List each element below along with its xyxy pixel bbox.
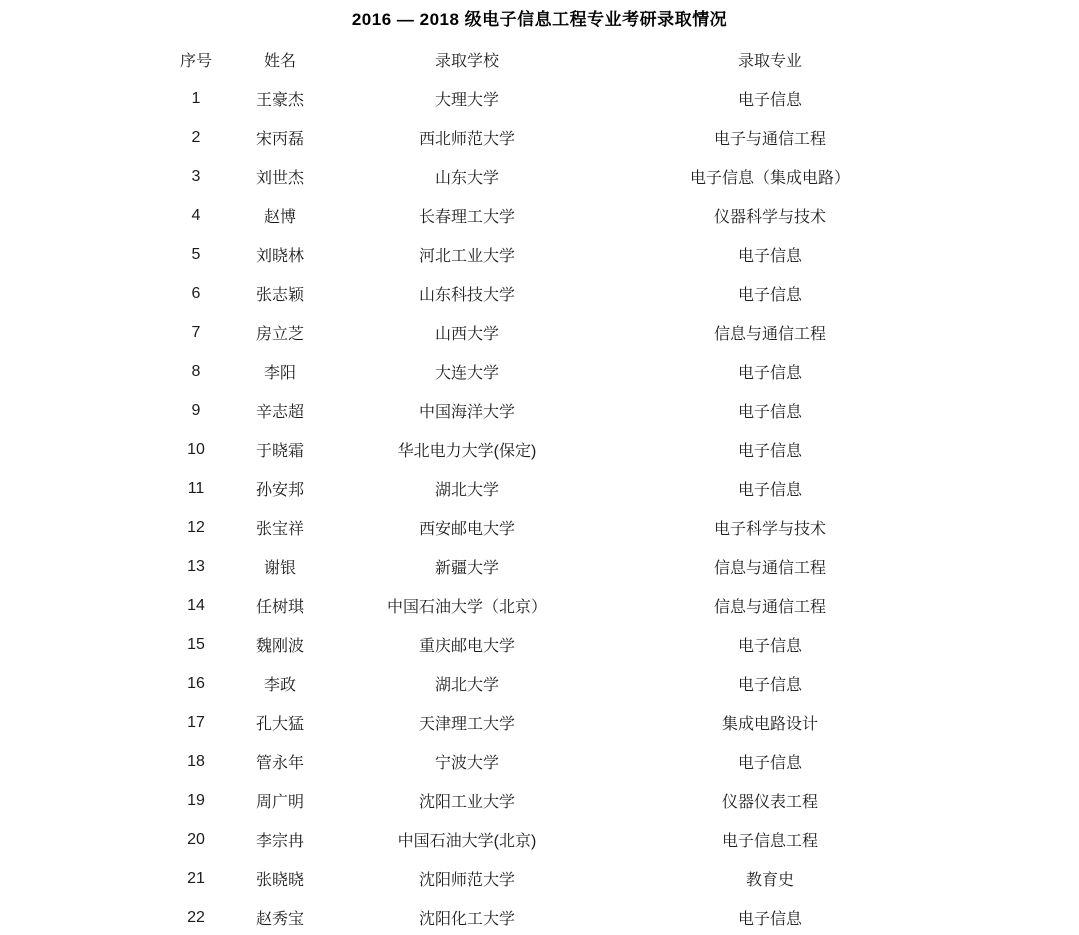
cell-major: 电子信息 — [610, 87, 930, 110]
cell-major: 电子信息 — [610, 243, 930, 266]
cell-index: 8 — [156, 363, 236, 381]
cell-school: 河北工业大学 — [324, 243, 610, 266]
cell-name: 王豪杰 — [236, 87, 324, 110]
cell-index: 2 — [156, 129, 236, 147]
cell-school: 中国海洋大学 — [324, 399, 610, 422]
table-body: 1王豪杰大理大学电子信息2宋丙磊西北师范大学电子与通信工程3刘世杰山东大学电子信… — [156, 79, 1079, 935]
cell-major: 电子信息 — [610, 906, 930, 929]
table-row: 5刘晓林河北工业大学电子信息 — [156, 235, 1079, 274]
cell-major: 电子信息 — [610, 672, 930, 695]
table-row: 17孔大猛天津理工大学集成电路设计 — [156, 703, 1079, 742]
cell-major: 电子信息 — [610, 633, 930, 656]
cell-name: 孔大猛 — [236, 711, 324, 734]
cell-school: 山东大学 — [324, 165, 610, 188]
cell-name: 于晓霜 — [236, 438, 324, 461]
cell-name: 李阳 — [236, 360, 324, 383]
cell-school: 沈阳工业大学 — [324, 789, 610, 812]
cell-name: 谢银 — [236, 555, 324, 578]
cell-school: 天津理工大学 — [324, 711, 610, 734]
table-row: 2宋丙磊西北师范大学电子与通信工程 — [156, 118, 1079, 157]
cell-major: 电子信息（集成电路） — [610, 165, 930, 188]
cell-index: 20 — [156, 831, 236, 849]
cell-major: 集成电路设计 — [610, 711, 930, 734]
table-row: 8李阳大连大学电子信息 — [156, 352, 1079, 391]
cell-name: 管永年 — [236, 750, 324, 773]
cell-school: 重庆邮电大学 — [324, 633, 610, 656]
table-row: 7房立芝山西大学信息与通信工程 — [156, 313, 1079, 352]
cell-index: 19 — [156, 792, 236, 810]
column-header-school: 录取学校 — [324, 48, 610, 71]
table-row: 14任树琪中国石油大学（北京）信息与通信工程 — [156, 586, 1079, 625]
cell-school: 山东科技大学 — [324, 282, 610, 305]
table-row: 1王豪杰大理大学电子信息 — [156, 79, 1079, 118]
cell-major: 教育史 — [610, 867, 930, 890]
table-row: 3刘世杰山东大学电子信息（集成电路） — [156, 157, 1079, 196]
cell-name: 赵博 — [236, 204, 324, 227]
cell-index: 6 — [156, 285, 236, 303]
cell-index: 15 — [156, 636, 236, 654]
table-row: 11孙安邦湖北大学电子信息 — [156, 469, 1079, 508]
cell-index: 16 — [156, 675, 236, 693]
cell-name: 魏刚波 — [236, 633, 324, 656]
cell-index: 22 — [156, 909, 236, 927]
cell-school: 华北电力大学(保定) — [324, 438, 610, 461]
cell-index: 1 — [156, 90, 236, 108]
cell-major: 信息与通信工程 — [610, 594, 930, 617]
cell-major: 仪器仪表工程 — [610, 789, 930, 812]
cell-major: 电子信息 — [610, 438, 930, 461]
cell-name: 李宗冉 — [236, 828, 324, 851]
cell-major: 电子信息 — [610, 282, 930, 305]
cell-major: 信息与通信工程 — [610, 555, 930, 578]
table-row: 4赵博长春理工大学仪器科学与技术 — [156, 196, 1079, 235]
cell-name: 辛志超 — [236, 399, 324, 422]
cell-school: 山西大学 — [324, 321, 610, 344]
cell-major: 信息与通信工程 — [610, 321, 930, 344]
cell-index: 21 — [156, 870, 236, 888]
document-page: 2016 — 2018 级电子信息工程专业考研录取情况 序号 姓名 录取学校 录… — [0, 0, 1079, 935]
table-row: 10于晓霜华北电力大学(保定)电子信息 — [156, 430, 1079, 469]
cell-name: 孙安邦 — [236, 477, 324, 500]
cell-major: 电子信息工程 — [610, 828, 930, 851]
cell-major: 电子科学与技术 — [610, 516, 930, 539]
column-header-major: 录取专业 — [610, 48, 930, 71]
table-row: 16李政湖北大学电子信息 — [156, 664, 1079, 703]
cell-school: 宁波大学 — [324, 750, 610, 773]
cell-major: 仪器科学与技术 — [610, 204, 930, 227]
cell-name: 赵秀宝 — [236, 906, 324, 929]
cell-school: 中国石油大学（北京） — [324, 594, 610, 617]
cell-school: 中国石油大学(北京) — [324, 828, 610, 851]
cell-name: 张志颖 — [236, 282, 324, 305]
cell-index: 5 — [156, 246, 236, 264]
admissions-table: 序号 姓名 录取学校 录取专业 1王豪杰大理大学电子信息2宋丙磊西北师范大学电子… — [0, 40, 1079, 935]
table-row: 21张晓晓沈阳师范大学教育史 — [156, 859, 1079, 898]
cell-school: 湖北大学 — [324, 477, 610, 500]
cell-name: 张宝祥 — [236, 516, 324, 539]
table-header-row: 序号 姓名 录取学校 录取专业 — [156, 40, 1079, 79]
cell-index: 13 — [156, 558, 236, 576]
cell-name: 李政 — [236, 672, 324, 695]
cell-name: 张晓晓 — [236, 867, 324, 890]
cell-school: 长春理工大学 — [324, 204, 610, 227]
cell-index: 10 — [156, 441, 236, 459]
page-title: 2016 — 2018 级电子信息工程专业考研录取情况 — [0, 0, 1079, 30]
cell-index: 3 — [156, 168, 236, 186]
cell-name: 刘晓林 — [236, 243, 324, 266]
table-row: 15魏刚波重庆邮电大学电子信息 — [156, 625, 1079, 664]
cell-index: 14 — [156, 597, 236, 615]
table-row: 13谢银新疆大学信息与通信工程 — [156, 547, 1079, 586]
table-row: 6张志颖山东科技大学电子信息 — [156, 274, 1079, 313]
cell-index: 7 — [156, 324, 236, 342]
cell-name: 宋丙磊 — [236, 126, 324, 149]
cell-school: 西安邮电大学 — [324, 516, 610, 539]
cell-name: 房立芝 — [236, 321, 324, 344]
table-row: 19周广明沈阳工业大学仪器仪表工程 — [156, 781, 1079, 820]
cell-index: 18 — [156, 753, 236, 771]
cell-school: 沈阳师范大学 — [324, 867, 610, 890]
cell-school: 沈阳化工大学 — [324, 906, 610, 929]
cell-school: 大连大学 — [324, 360, 610, 383]
cell-school: 湖北大学 — [324, 672, 610, 695]
cell-index: 4 — [156, 207, 236, 225]
cell-index: 11 — [156, 480, 236, 498]
cell-name: 刘世杰 — [236, 165, 324, 188]
cell-index: 17 — [156, 714, 236, 732]
cell-name: 周广明 — [236, 789, 324, 812]
table-row: 20李宗冉中国石油大学(北京)电子信息工程 — [156, 820, 1079, 859]
cell-major: 电子信息 — [610, 477, 930, 500]
cell-school: 西北师范大学 — [324, 126, 610, 149]
cell-school: 大理大学 — [324, 87, 610, 110]
column-header-index: 序号 — [156, 48, 236, 71]
table-row: 12张宝祥西安邮电大学电子科学与技术 — [156, 508, 1079, 547]
table-row: 9辛志超中国海洋大学电子信息 — [156, 391, 1079, 430]
column-header-name: 姓名 — [236, 48, 324, 71]
cell-school: 新疆大学 — [324, 555, 610, 578]
cell-index: 12 — [156, 519, 236, 537]
cell-major: 电子信息 — [610, 360, 930, 383]
cell-index: 9 — [156, 402, 236, 420]
cell-major: 电子信息 — [610, 750, 930, 773]
cell-name: 任树琪 — [236, 594, 324, 617]
cell-major: 电子与通信工程 — [610, 126, 930, 149]
cell-major: 电子信息 — [610, 399, 930, 422]
table-row: 22赵秀宝沈阳化工大学电子信息 — [156, 898, 1079, 935]
table-row: 18管永年宁波大学电子信息 — [156, 742, 1079, 781]
